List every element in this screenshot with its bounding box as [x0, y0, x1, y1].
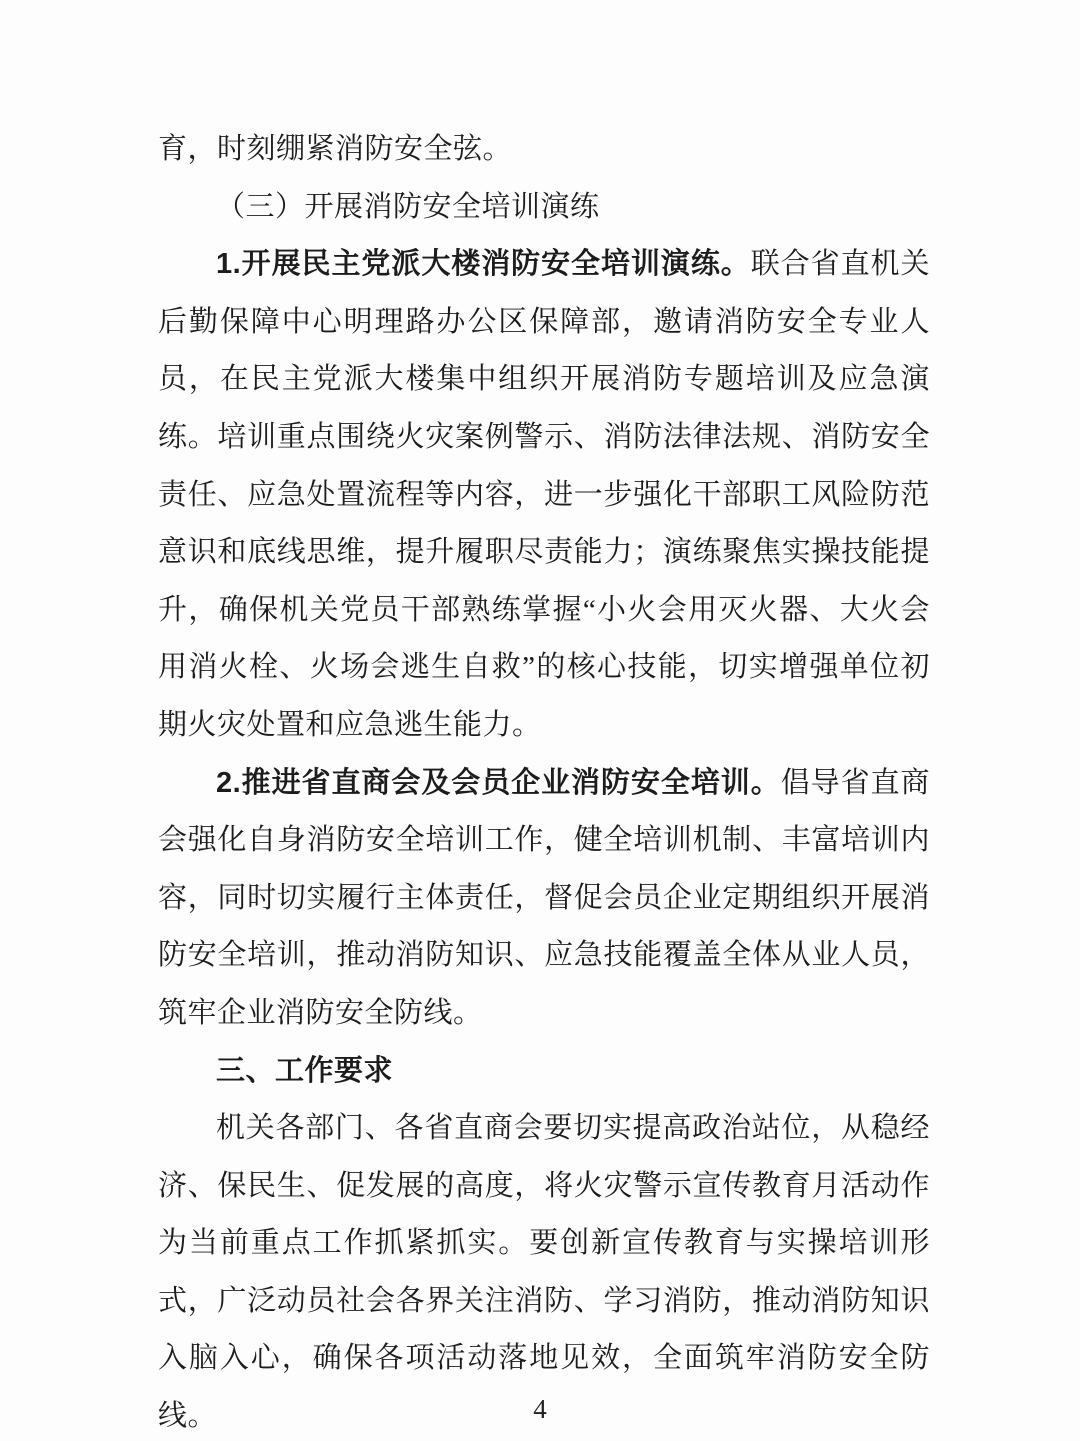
paragraph-item-2-lead: 2.推进省直商会及会员企业消防安全培训。	[216, 767, 781, 799]
section-heading-requirements-text: 三、工作要求	[216, 1055, 393, 1087]
section-heading-three-text: （三）开展消防安全培训演练	[216, 191, 600, 223]
paragraph-item-2: 2.推进省直商会及会员企业消防安全培训。倡导省直商会强化自身消防安全培训工作，健…	[158, 755, 930, 1043]
paragraph-requirements-text: 机关各部门、各省直商会要切实提高政治站位，从稳经济、保民生、促发展的高度，将火灾…	[158, 1112, 930, 1432]
page-number: 4	[0, 1392, 1080, 1426]
paragraph-requirements: 机关各部门、各省直商会要切实提高政治站位，从稳经济、保民生、促发展的高度，将火灾…	[158, 1100, 930, 1441]
paragraph-continuation: 育，时刻绷紧消防安全弦。	[158, 121, 930, 179]
paragraph-item-2-body: 倡导省直商会强化自身消防安全培训工作，健全培训机制、丰富培训内容，同时切实履行主…	[158, 767, 930, 1029]
paragraph-item-1: 1.开展民主党派大楼消防安全培训演练。联合省直机关后勤保障中心明理路办公区保障部…	[158, 236, 930, 754]
paragraph-continuation-text: 育，时刻绷紧消防安全弦。	[158, 133, 512, 165]
section-heading-three: （三）开展消防安全培训演练	[158, 179, 930, 237]
document-body: 育，时刻绷紧消防安全弦。 （三）开展消防安全培训演练 1.开展民主党派大楼消防安…	[158, 121, 930, 1441]
document-page: 育，时刻绷紧消防安全弦。 （三）开展消防安全培训演练 1.开展民主党派大楼消防安…	[0, 0, 1080, 1441]
paragraph-item-1-body: 联合省直机关后勤保障中心明理路办公区保障部，邀请消防安全专业人员，在民主党派大楼…	[158, 248, 930, 741]
paragraph-item-1-lead: 1.开展民主党派大楼消防安全培训演练。	[216, 248, 751, 280]
section-heading-requirements: 三、工作要求	[158, 1043, 930, 1101]
